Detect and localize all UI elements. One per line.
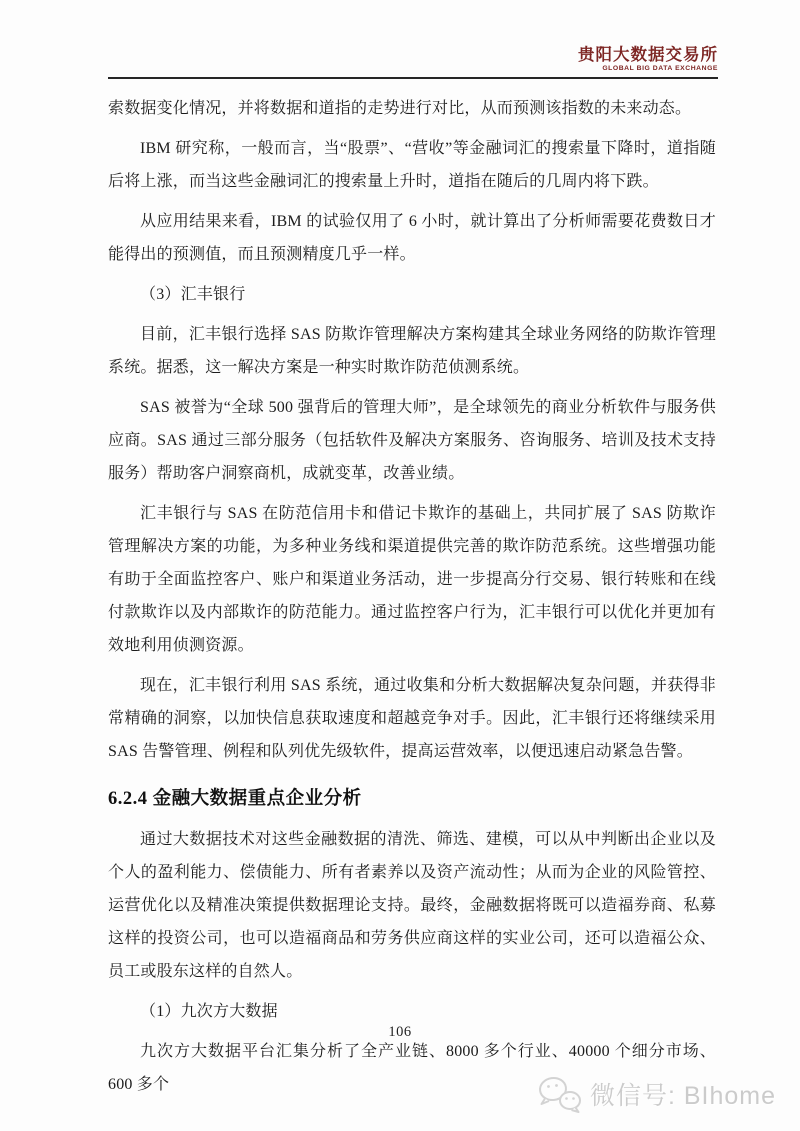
- watermark-text: 微信号: BIhome: [590, 1076, 776, 1112]
- body-paragraph: 目前，汇丰银行选择 SAS 防欺诈管理解决方案构建其全球业务网络的防欺诈管理系统…: [108, 318, 716, 384]
- list-item-heading: （3）汇丰银行: [108, 278, 716, 311]
- body-paragraph: 索数据变化情况，并将数据和道指的走势进行对比，从而预测该指数的未来动态。: [108, 92, 716, 125]
- body-paragraph: 汇丰银行与 SAS 在防范信用卡和借记卡欺诈的基础上，共同扩展了 SAS 防欺诈…: [108, 497, 716, 662]
- document-body: 索数据变化情况，并将数据和道指的走势进行对比，从而预测该指数的未来动态。 IBM…: [108, 92, 716, 1101]
- header-logo: 贵阳大数据交易所 GLOBAL BIG DATA EXCHANGE: [578, 46, 718, 73]
- body-paragraph: IBM 研究称，一般而言，当“股票”、“营收”等金融词汇的搜索量下降时，道指随后…: [108, 132, 716, 198]
- section-heading: 6.2.4 金融大数据重点企业分析: [108, 785, 716, 813]
- logo-title: 贵阳大数据交易所: [578, 46, 718, 64]
- body-paragraph: 通过大数据技术对这些金融数据的清洗、筛选、建模，可以从中判断出企业以及个人的盈利…: [108, 823, 716, 988]
- logo-subtitle: GLOBAL BIG DATA EXCHANGE: [578, 65, 718, 72]
- body-paragraph: 现在，汇丰银行利用 SAS 系统，通过收集和分析大数据解决复杂问题，并获得非常精…: [108, 669, 716, 768]
- body-paragraph: SAS 被誉为“全球 500 强背后的管理大师”，是全球领先的商业分析软件与服务…: [108, 391, 716, 490]
- wechat-icon: [537, 1074, 583, 1114]
- body-paragraph: 从应用结果来看，IBM 的试验仅用了 6 小时，就计算出了分析师需要花费数日才能…: [108, 205, 716, 271]
- watermark: 微信号: BIhome: [537, 1074, 776, 1114]
- document-page: 贵阳大数据交易所 GLOBAL BIG DATA EXCHANGE 索数据变化情…: [0, 0, 800, 1131]
- header-divider: [108, 77, 718, 79]
- page-number: 106: [0, 1024, 800, 1041]
